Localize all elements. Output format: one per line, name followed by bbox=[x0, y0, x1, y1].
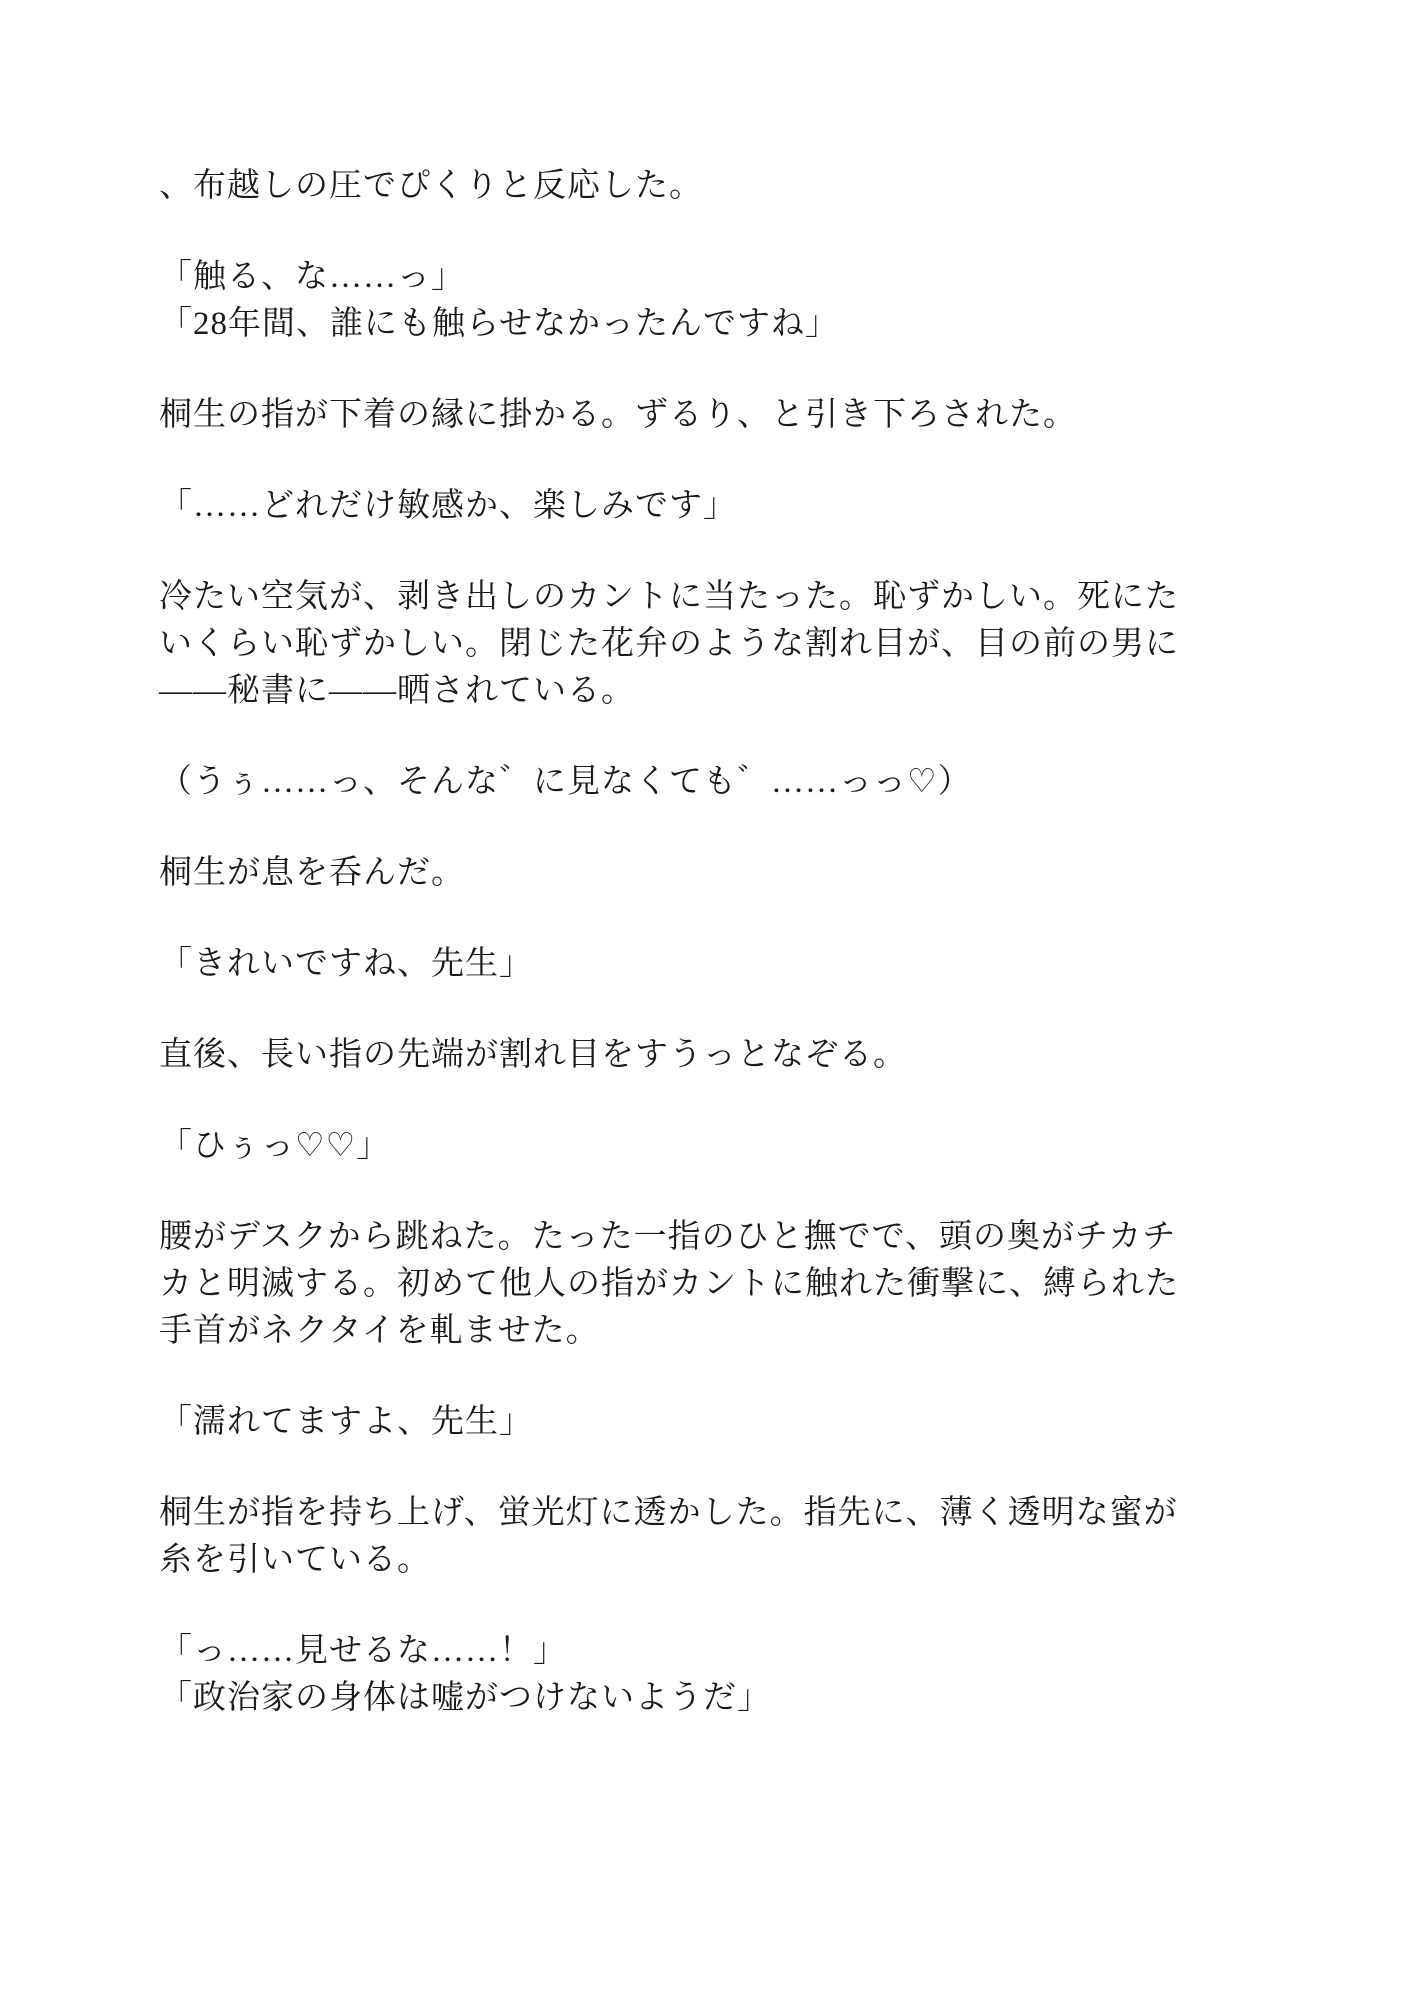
text-line: 糸を引いている。 bbox=[159, 1537, 1179, 1584]
text-line: 桐生が息を呑んだ。 bbox=[159, 850, 1179, 897]
dialogue-block: 「っ……見せるな……！」 「政治家の身体は嘘がつけないようだ」 bbox=[159, 1628, 1179, 1722]
text-line: いくらい恥ずかしい。閉じた花弁のような割れ目が、目の前の男に bbox=[159, 621, 1179, 668]
text-line: （うぅ……っ、そんな゛に見なくても゛……っっ♡） bbox=[159, 759, 1179, 806]
text-line: 腰がデスクから跳ねた。たった一指のひと撫でで、頭の奥がチカチ bbox=[159, 1214, 1179, 1261]
text-line: 冷たい空気が、剥き出しのカントに当たった。恥ずかしい。死にた bbox=[159, 574, 1179, 621]
text-line: 、布越しの圧でぴくりと反応した。 bbox=[159, 163, 1179, 210]
dialogue-block: 「触る、な……っ」 「28年間、誰にも触らせなかったんですね」 bbox=[159, 254, 1179, 348]
dialogue-block: 「……どれだけ敏感か、楽しみです」 bbox=[159, 483, 1179, 530]
text-line: 桐生の指が下着の縁に掛かる。ずるり、と引き下ろされた。 bbox=[159, 392, 1179, 439]
text-line: 「触る、な……っ」 bbox=[159, 254, 1179, 301]
paragraph-block: 桐生の指が下着の縁に掛かる。ずるり、と引き下ろされた。 bbox=[159, 392, 1179, 439]
dialogue-block: 「きれいですね、先生」 bbox=[159, 941, 1179, 988]
document-page: 、布越しの圧でぴくりと反応した。 「触る、な……っ」 「28年間、誰にも触らせな… bbox=[0, 0, 1415, 2000]
paragraph-block: 冷たい空気が、剥き出しのカントに当たった。恥ずかしい。死にた いくらい恥ずかしい… bbox=[159, 574, 1179, 715]
paragraph-block: 直後、長い指の先端が割れ目をすうっとなぞる。 bbox=[159, 1032, 1179, 1079]
dialogue-block: 「濡れてますよ、先生」 bbox=[159, 1399, 1179, 1446]
text-line: 「きれいですね、先生」 bbox=[159, 941, 1179, 988]
text-line: 手首がネクタイを軋ませた。 bbox=[159, 1308, 1179, 1355]
text-line: 桐生が指を持ち上げ、蛍光灯に透かした。指先に、薄く透明な蜜が bbox=[159, 1490, 1179, 1537]
text-line: 直後、長い指の先端が割れ目をすうっとなぞる。 bbox=[159, 1032, 1179, 1079]
paragraph-block: 、布越しの圧でぴくりと反応した。 bbox=[159, 163, 1179, 210]
text-line: 「ひぅっ♡♡」 bbox=[159, 1123, 1179, 1170]
text-line: 「28年間、誰にも触らせなかったんですね」 bbox=[159, 301, 1179, 348]
paragraph-block: 腰がデスクから跳ねた。たった一指のひと撫でで、頭の奥がチカチ カと明滅する。初め… bbox=[159, 1214, 1179, 1355]
text-line: 「……どれだけ敏感か、楽しみです」 bbox=[159, 483, 1179, 530]
thought-block: （うぅ……っ、そんな゛に見なくても゛……っっ♡） bbox=[159, 759, 1179, 806]
text-line: カと明滅する。初めて他人の指がカントに触れた衝撃に、縛られた bbox=[159, 1261, 1179, 1308]
text-line: 「っ……見せるな……！」 bbox=[159, 1628, 1179, 1675]
dialogue-block: 「ひぅっ♡♡」 bbox=[159, 1123, 1179, 1170]
text-content: 、布越しの圧でぴくりと反応した。 「触る、な……っ」 「28年間、誰にも触らせな… bbox=[159, 163, 1179, 1766]
paragraph-block: 桐生が息を呑んだ。 bbox=[159, 850, 1179, 897]
text-line: 「濡れてますよ、先生」 bbox=[159, 1399, 1179, 1446]
text-line: 「政治家の身体は嘘がつけないようだ」 bbox=[159, 1675, 1179, 1722]
text-line: ——秘書に——晒されている。 bbox=[159, 668, 1179, 715]
paragraph-block: 桐生が指を持ち上げ、蛍光灯に透かした。指先に、薄く透明な蜜が 糸を引いている。 bbox=[159, 1490, 1179, 1584]
